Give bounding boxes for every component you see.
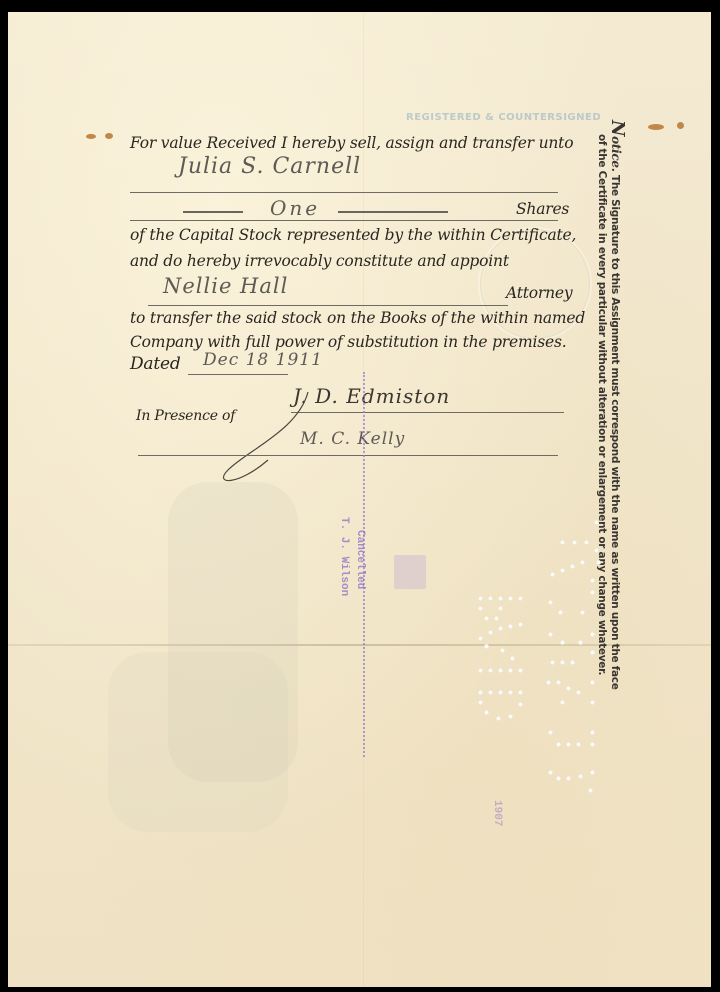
perforation-hole: [478, 700, 483, 705]
perforation-hole: [556, 742, 561, 747]
perforation-hole: [498, 606, 503, 611]
perforation-hole: [548, 770, 553, 775]
shares-label: Shares: [516, 200, 569, 218]
perforation-hole: [588, 788, 593, 793]
certificate-paper: REGISTERED & COUNTERSIGNED For value Rec…: [8, 12, 711, 987]
perforation-hole: [570, 660, 575, 665]
notice-heading: otice.: [609, 136, 623, 171]
wilson-stamp: T. J. Wilson: [338, 517, 350, 596]
perforation-hole: [496, 716, 501, 721]
perforation-hole: [556, 680, 561, 685]
rust-stain: [86, 134, 96, 139]
transferee-name[interactable]: Julia S. Carnell: [178, 154, 361, 179]
perforation-hole: [508, 668, 513, 673]
perforation-hole: [518, 702, 523, 707]
attorney-name[interactable]: Nellie Hall: [163, 274, 288, 298]
notice-block: Notice. The Signature to this Assignment…: [595, 120, 624, 690]
perforation-hole: [590, 578, 595, 583]
perforation-hole: [518, 668, 523, 673]
perforation-hole: [548, 730, 553, 735]
notice-line-2: of the Certificate in every particular w…: [595, 120, 608, 690]
perforation-hole: [580, 610, 585, 615]
in-presence-of-label: In Presence of: [136, 408, 235, 424]
notice-initial: N: [607, 120, 628, 136]
purple-ink-mark: [394, 555, 426, 589]
printed-line-capital-stock: of the Capital Stock represented by the …: [130, 226, 576, 244]
perforation-hole: [590, 730, 595, 735]
perforation-hole: [518, 690, 523, 695]
perforation-hole: [576, 742, 581, 747]
cancelled-stamp: Cancelled: [354, 530, 366, 589]
attorney-line: [148, 305, 508, 306]
perforation-hole: [590, 700, 595, 705]
perforation-hole: [578, 640, 583, 645]
perforation-hole: [518, 596, 523, 601]
perforation-hole: [590, 770, 595, 775]
transferee-line: [130, 192, 558, 193]
perforation-hole: [566, 742, 571, 747]
perforation-hole: [572, 540, 577, 545]
share-count-dash-right: [338, 211, 448, 213]
perforation-hole: [478, 606, 483, 611]
perforation-hole: [500, 648, 505, 653]
perforation-hole: [576, 690, 581, 695]
perforation-hole: [560, 640, 565, 645]
rust-stain: [105, 133, 113, 139]
perforation-hole: [590, 632, 595, 637]
share-count-dash-left: [183, 211, 243, 213]
perforation-hole: [578, 774, 583, 779]
witness-signature[interactable]: M. C. Kelly: [300, 429, 405, 449]
perforation-hole: [508, 714, 513, 719]
perforation-hole: [478, 668, 483, 673]
perforation-hole: [580, 560, 585, 565]
perforation-hole: [594, 548, 599, 553]
perforation-hole: [560, 568, 565, 573]
printed-line-appoint: and do hereby irrevocably constitute and…: [130, 252, 509, 270]
perforation-hole: [558, 610, 563, 615]
perforation-hole: [510, 656, 515, 661]
perforation-hole: [590, 650, 595, 655]
perforation-hole: [560, 540, 565, 545]
perforation-hole: [498, 626, 503, 631]
printed-line-value-received: For value Received I hereby sell, assign…: [130, 134, 573, 152]
perforation-hole: [560, 660, 565, 665]
perforation-hole: [548, 600, 553, 605]
date-line: [188, 374, 288, 375]
perforation-hole: [566, 776, 571, 781]
perforation-hole: [590, 680, 595, 685]
rust-stain: [677, 122, 684, 129]
perforation-hole: [488, 596, 493, 601]
perforation-hole: [560, 700, 565, 705]
perforation-hole: [518, 622, 523, 627]
perforation-hole: [566, 686, 571, 691]
witness-line: [138, 455, 558, 456]
perforation-hole: [508, 690, 513, 695]
perforation-hole: [494, 616, 499, 621]
perforation-hole: [546, 680, 551, 685]
perforation-hole: [484, 710, 489, 715]
perforation-hole: [556, 776, 561, 781]
bleed-through-vignette-lower: [108, 652, 288, 832]
perforation-hole: [590, 590, 595, 595]
perforation-hole: [478, 596, 483, 601]
perforation-hole: [488, 668, 493, 673]
perforation-hole: [550, 572, 555, 577]
dated-label: Dated: [130, 354, 181, 374]
perforation-hole: [498, 668, 503, 673]
attorney-label: Attorney: [506, 284, 572, 302]
perforation-hole: [484, 644, 489, 649]
perforation-hole: [484, 616, 489, 621]
printed-line-substitution: Company with full power of substitution …: [130, 333, 566, 351]
perforation-hole: [590, 742, 595, 747]
date-value[interactable]: Dec 18 1911: [203, 350, 323, 370]
year-stamp: 1907: [491, 800, 503, 826]
rust-stain: [648, 124, 664, 130]
notice-line-1: The Signature to this Assignment must co…: [609, 175, 621, 690]
perforation-hole: [498, 690, 503, 695]
perforation-hole: [488, 630, 493, 635]
perforation-hole: [498, 596, 503, 601]
perforation-hole: [478, 690, 483, 695]
perforation-hole: [550, 660, 555, 665]
perforation-hole: [584, 540, 589, 545]
shares-line: [130, 220, 558, 221]
share-count[interactable]: One: [270, 196, 320, 220]
perforation-hole: [508, 624, 513, 629]
perforation-hole: [488, 690, 493, 695]
registered-countersigned-stamp: REGISTERED & COUNTERSIGNED: [406, 112, 601, 123]
perforation-hole: [478, 636, 483, 641]
perforation-hole: [508, 596, 513, 601]
perforation-hole: [548, 632, 553, 637]
perforation-hole: [596, 560, 601, 565]
printed-line-transfer-books: to transfer the said stock on the Books …: [130, 309, 585, 327]
perforation-hole: [594, 520, 599, 525]
perforation-hole: [570, 564, 575, 569]
